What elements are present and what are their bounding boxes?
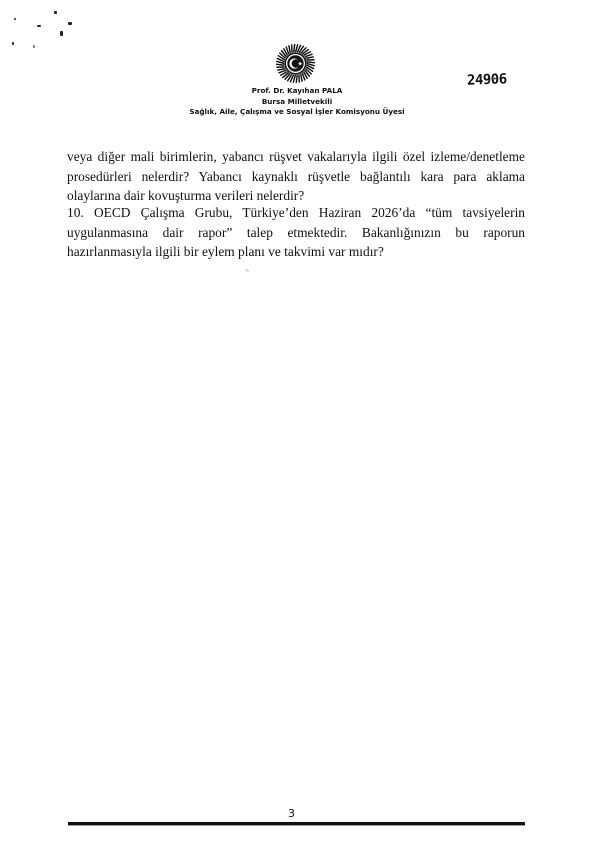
scan-speck bbox=[12, 42, 14, 45]
mp-name: Prof. Dr. Kayıhan PALA bbox=[4, 86, 590, 97]
scan-mark bbox=[245, 269, 249, 272]
letterhead: Prof. Dr. Kayıhan PALA Bursa Milletvekil… bbox=[0, 86, 590, 118]
scan-speck bbox=[60, 31, 63, 36]
mp-committee: Sağlık, Aile, Çalışma ve Sosyal İşler Ko… bbox=[4, 107, 590, 118]
tbmm-emblem-icon bbox=[275, 43, 316, 84]
mp-role: Bursa Milletvekili bbox=[4, 97, 590, 108]
scan-speck bbox=[37, 25, 41, 27]
paragraph-continuation: veya diğer mali birimlerin, yabancı rüşv… bbox=[67, 147, 525, 206]
footer-rule-shadow bbox=[68, 825, 525, 826]
paragraph-question-10: 10. OECD Çalışma Grubu, Türkiye’den Hazi… bbox=[67, 203, 525, 262]
handwritten-document-number: 24906 bbox=[467, 71, 507, 88]
scan-speck bbox=[14, 18, 16, 20]
scan-speck bbox=[33, 45, 35, 48]
page-number: 3 bbox=[288, 807, 295, 820]
scan-speck bbox=[68, 22, 72, 25]
scan-speck bbox=[54, 11, 57, 14]
